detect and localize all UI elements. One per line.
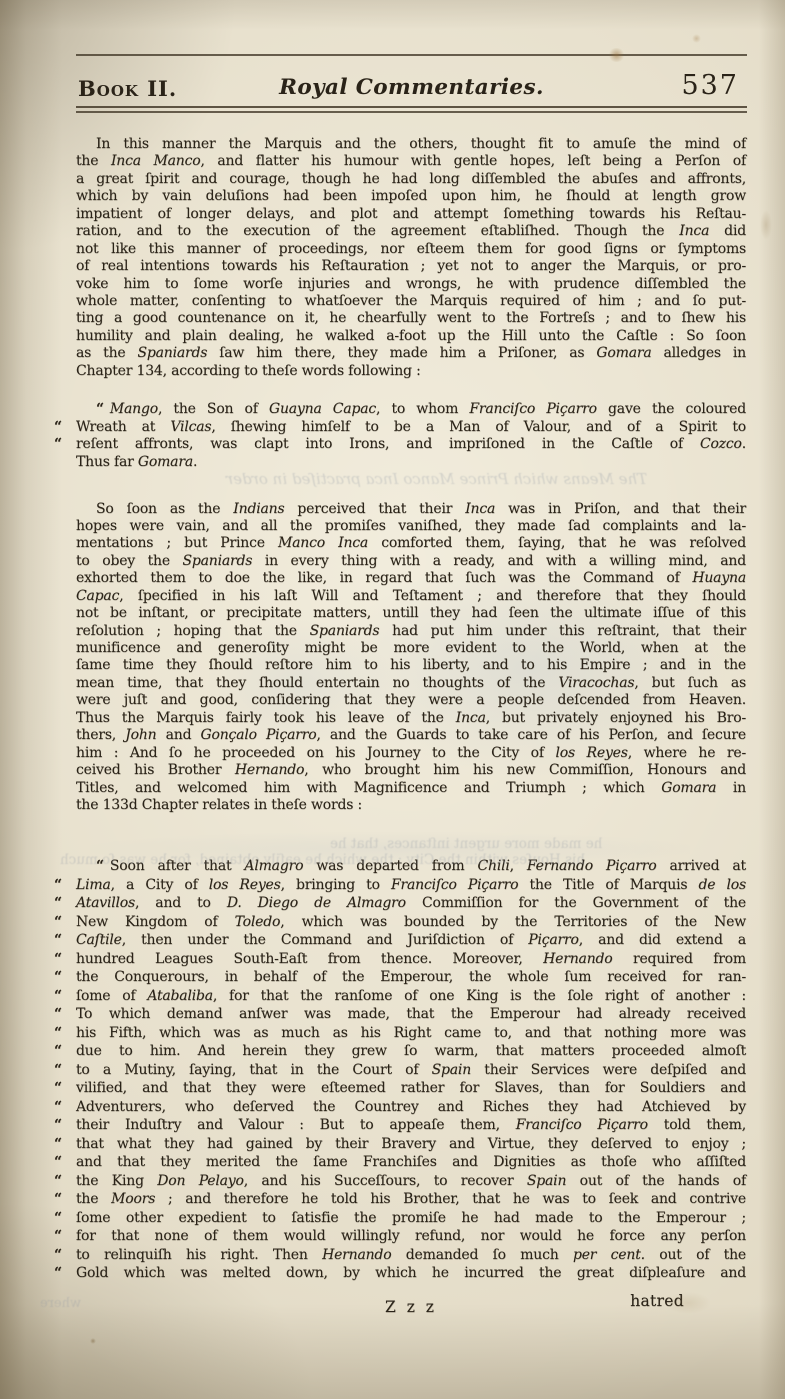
italic-text: Toledo — [235, 914, 281, 930]
fox-stain — [90, 1338, 96, 1344]
roman-text: reſent affronts, was clapt into Irons, a… — [76, 436, 700, 452]
roman-text: In this manner the Marquis and the other… — [96, 136, 746, 152]
italic-text: Atabaliba — [147, 988, 213, 1004]
italic-text: Viracochas — [558, 675, 634, 691]
quote-mark: “ — [54, 1209, 62, 1228]
text-line: ceived his Brother Hernando, who brought… — [76, 762, 746, 779]
italic-text: de los — [699, 877, 747, 893]
roman-text: the King — [76, 1173, 157, 1189]
roman-text: told them, — [648, 1117, 746, 1133]
quote-mark: “ — [54, 876, 62, 895]
roman-text: the — [76, 1191, 111, 1207]
roman-text: alledges in — [652, 345, 747, 361]
text-line: whole matter, conſenting to whatſoever t… — [76, 293, 746, 310]
header-rule-top — [76, 54, 747, 56]
roman-text: for that none of them would willingly re… — [76, 1228, 746, 1244]
roman-text: ſome of — [76, 988, 147, 1004]
italic-text: Moors — [111, 1191, 155, 1207]
roman-text: out of the hands of — [566, 1173, 746, 1189]
text-line: were juſt and good, conſidering that the… — [76, 692, 746, 709]
italic-text: Cozco — [700, 436, 742, 452]
italic-text: Gomara — [138, 454, 193, 470]
roman-text: , and the Guards to take care of his Per… — [316, 727, 746, 743]
text-line: mean time, that they ſhould entertain no… — [76, 675, 746, 692]
catchword: hatred — [630, 1292, 684, 1310]
roman-text: New Kingdom of — [76, 914, 235, 930]
roman-text: , but ſuch as — [634, 675, 746, 691]
text-line: “their Induſtry and Valour : But to appe… — [76, 1116, 746, 1135]
text-line: ration, and to the execution of the agre… — [76, 223, 746, 240]
quote-mark: “ — [54, 931, 62, 950]
italic-text: Hernando — [322, 1247, 391, 1263]
text-line: ſame time they ſhould reſtore him to his… — [76, 657, 746, 674]
text-line: ting a good countenance on it, he chearf… — [76, 310, 746, 327]
text-line: as the Spaniards ſaw him there, they mad… — [76, 345, 746, 362]
showthrough-text: his Houſes within the City : the which h… — [60, 852, 585, 868]
roman-text: , to whom — [376, 401, 469, 417]
running-title: Royal Commentaries. — [76, 75, 747, 100]
quoted-paragraph: “Mango, the Son of Guayna Capac, to whom… — [76, 401, 746, 471]
quote-mark: “ — [54, 436, 62, 454]
text-line: “reſent affronts, was clapt into Irons, … — [76, 436, 746, 454]
quote-mark: “ — [54, 913, 62, 932]
text-line: “the Moors ; and therefore he told his B… — [76, 1190, 746, 1209]
roman-text: hopes were vain, and all the promiſes va… — [76, 518, 746, 534]
text-line: exhorted them to doe the like, in regard… — [76, 570, 746, 587]
text-line: not like this manner of proceedings, nor… — [76, 241, 746, 258]
text-line: “his Fifth, which was as much as his Rig… — [76, 1024, 746, 1043]
roman-text: impatient of longer delays, and plot and… — [76, 206, 746, 222]
italic-text: Inca — [679, 223, 709, 239]
roman-text: to relinquiſh his right. Then — [76, 1247, 322, 1263]
roman-text: Chapter 134, according to theſe words fo… — [76, 363, 421, 379]
quote-mark: “ — [54, 1061, 62, 1080]
roman-text: him : And ſo he proceeded on his Journey… — [76, 745, 555, 761]
italic-text: Inca — [465, 501, 495, 517]
italic-text: Inca — [456, 710, 486, 726]
text-line: “Adventurers, who deſerved the Countrey … — [76, 1098, 746, 1117]
italic-text: Gonçalo Piçarro — [201, 727, 317, 743]
roman-text: arrived at — [656, 858, 746, 874]
roman-text: their Services were deſpiſed and — [471, 1062, 746, 1078]
roman-text: , ſpecified in his laſt Will and Teſtame… — [119, 588, 746, 604]
quote-mark: “ — [54, 1005, 62, 1024]
italic-text: Franciſco Piçarro — [391, 877, 518, 893]
roman-text: , but privately enjoyned his Bro- — [486, 710, 746, 726]
roman-text: comforted them, ſaying, that he was reſo… — [368, 535, 746, 551]
text-line: “for that none of them would willingly r… — [76, 1227, 746, 1246]
roman-text: , where he re- — [628, 745, 746, 761]
text-line: “Atavillos, and to D. Diego de Almagro C… — [76, 894, 746, 913]
roman-text: that what they had gained by their Brave… — [76, 1136, 746, 1152]
text-line: “the Conquerours, in behalf of the Emper… — [76, 968, 746, 987]
text-line: So ſoon as the Indians perceived that th… — [76, 501, 746, 518]
quote-mark: “ — [54, 1227, 62, 1246]
showthrough-text: where — [40, 1296, 81, 1311]
roman-text: thers, — [76, 727, 125, 743]
italic-text: los Reyes — [555, 745, 627, 761]
roman-text: , who brought him his new Commiſſion, Ho… — [304, 762, 746, 778]
roman-text: , a City of — [111, 877, 209, 893]
text-line: hopes were vain, and all the promiſes va… — [76, 518, 746, 535]
roman-text: Wreath at — [76, 419, 170, 435]
roman-text: of real intentions towards his Reſtaurat… — [76, 258, 746, 274]
quote-mark: “ — [54, 950, 62, 969]
header-rule-bottom-2 — [76, 111, 747, 113]
roman-text: , for that the ranſome of one King is th… — [213, 988, 746, 1004]
roman-text: ſaw him there, they made him a Priſoner,… — [207, 345, 596, 361]
roman-text: to a Mutiny, ſaying, that in the Court o… — [76, 1062, 432, 1078]
italic-text: Spaniards — [310, 623, 380, 639]
italic-text: Guayna Capac — [269, 401, 376, 417]
italic-text: D. Diego de Almagro — [227, 895, 406, 911]
text-line: “ſome of Atabaliba, for that the ranſome… — [76, 987, 746, 1006]
text-line: “to a Mutiny, ſaying, that in the Court … — [76, 1061, 746, 1080]
roman-text: were juſt and good, conſidering that the… — [76, 692, 746, 708]
text-line: “the King Don Pelayo, and his Succeſſour… — [76, 1172, 746, 1191]
roman-text: to obey the — [76, 553, 182, 569]
text-line: “ſome other expedient to ſatisfie the pr… — [76, 1209, 746, 1228]
roman-text: had put him under this reſtraint, that t… — [379, 623, 746, 639]
italic-text: Spaniards — [182, 553, 252, 569]
roman-text: , and did extend a — [579, 932, 746, 948]
roman-text: mentations ; but Prince — [76, 535, 278, 551]
text-line: munificence and generoſity might be more… — [76, 640, 746, 657]
text-line: Chapter 134, according to theſe words fo… — [76, 363, 746, 380]
text-line: which by vain deluſions had been impoſed… — [76, 188, 746, 205]
quote-mark: “ — [54, 894, 62, 913]
roman-text: perceived that their — [284, 501, 465, 517]
roman-text: and — [156, 727, 200, 743]
text-line: not be inſtant, or precipitate matters, … — [76, 605, 746, 622]
quote-mark: “ — [54, 968, 62, 987]
text-line: “Mango, the Son of Guayna Capac, to whom… — [76, 401, 746, 419]
roman-text: ration, and to the execution of the agre… — [76, 223, 679, 239]
paragraph: So ſoon as the Indians perceived that th… — [76, 501, 746, 815]
italic-text: Indians — [233, 501, 284, 517]
roman-text: which by vain deluſions had been impoſed… — [76, 188, 746, 204]
text-line: “New Kingdom of Toledo, which was bounde… — [76, 913, 746, 932]
roman-text: ſame time they ſhould reſtore him to his… — [76, 657, 746, 673]
italic-text: Franciſco Piçarro — [516, 1117, 648, 1133]
roman-text: the — [76, 153, 111, 169]
roman-text: in — [716, 780, 746, 796]
roman-text: exhorted them to doe the like, in regard… — [76, 570, 692, 586]
text-line: thers, John and Gonçalo Piçarro, and the… — [76, 727, 746, 744]
italic-text: Don Pelayo — [157, 1173, 244, 1189]
quote-mark: “ — [54, 1079, 62, 1098]
italic-text: Franciſco Piçarro — [469, 401, 596, 417]
text-line: “To which demand anſwer was made, that t… — [76, 1005, 746, 1024]
text-line: mentations ; but Prince Manco Inca comfo… — [76, 535, 746, 552]
roman-text: the 133d Chapter relates in theſe words … — [76, 797, 362, 813]
text-line: “Lima, a City of los Reyes, bringing to … — [76, 876, 746, 895]
italic-text: Spain — [432, 1062, 471, 1078]
italic-text: Huayna — [692, 570, 746, 586]
page-footer: Z z z hatred — [76, 1298, 746, 1318]
text-line: Capac, ſpecified in his laſt Will and Te… — [76, 588, 746, 605]
roman-text: whole matter, conſenting to whatſoever t… — [76, 293, 746, 309]
roman-text: Gold which was melted down, by which he … — [76, 1265, 746, 1281]
text-line: Thus far Gomara. — [76, 454, 746, 472]
text-line: of real intentions towards his Reſtaurat… — [76, 258, 746, 275]
page-header: Book II. Royal Commentaries. 537 — [76, 74, 747, 106]
italic-text: per cent. — [573, 1247, 645, 1263]
quote-mark: “ — [54, 419, 62, 437]
book-page: Book II. Royal Commentaries. 537 In this… — [0, 0, 785, 1399]
roman-text: vilified, and that they were eſteemed ra… — [76, 1080, 746, 1096]
roman-text: ſome other expedient to ſatisfie the pro… — [76, 1210, 746, 1226]
roman-text: , and flatter his humour with gentle hop… — [200, 153, 746, 169]
quote-mark: “ — [54, 1042, 62, 1061]
showthrough-text: he made more urgent inſtances, that he — [330, 836, 602, 852]
quoted-paragraph: “Soon after that Almagro was departed fr… — [76, 857, 746, 1283]
italic-text: Atavillos — [76, 895, 135, 911]
roman-text: ting a good countenance on it, he chearf… — [76, 310, 746, 326]
roman-text: ceived his Brother — [76, 762, 235, 778]
roman-text: So ſoon as the — [96, 501, 233, 517]
quote-mark: “ — [54, 987, 62, 1006]
italic-text: Piçarro — [528, 932, 579, 948]
italic-text: Vilcas — [170, 419, 211, 435]
roman-text: not like this manner of proceedings, nor… — [76, 241, 746, 257]
text-line: a great ſpirit and courage, though he ha… — [76, 171, 746, 188]
text-line: “due to him. And herein they grew ſo war… — [76, 1042, 746, 1061]
roman-text: hundred Leagues South-Eaſt from thence. … — [76, 951, 543, 967]
showthrough-text: The Means which Prince Manco Inca practi… — [226, 470, 647, 488]
text-line: voke him to ſome worſe injuries and wron… — [76, 276, 746, 293]
text-block: In this manner the Marquis and the other… — [76, 136, 746, 1283]
italic-text: Manco Inca — [278, 535, 368, 551]
text-line: “vilified, and that they were eſteemed r… — [76, 1079, 746, 1098]
roman-text: voke him to ſome worſe injuries and wron… — [76, 276, 746, 292]
text-line: “Gold which was melted down, by which he… — [76, 1264, 746, 1283]
fox-stain — [760, 210, 772, 240]
text-line: humility and plain dealing, he walked a-… — [76, 328, 746, 345]
quote-mark: “ — [54, 1190, 62, 1209]
roman-text: was in Priſon, and that their — [495, 501, 746, 517]
roman-text: Adventurers, who deſerved the Countrey a… — [76, 1099, 746, 1115]
roman-text: , bringing to — [281, 877, 391, 893]
roman-text: ; and therefore he told his Brother, tha… — [155, 1191, 746, 1207]
text-line: “and that they merited the ſame Franchiſ… — [76, 1153, 746, 1172]
roman-text: , which was bounded by the Territories o… — [280, 914, 746, 930]
italic-text: Hernando — [543, 951, 612, 967]
italic-text: Hernando — [235, 762, 304, 778]
text-line: the Inca Manco, and flatter his humour w… — [76, 153, 746, 170]
text-line: “to relinquiſh his right. Then Hernando … — [76, 1246, 746, 1265]
roman-text: , and to — [135, 895, 227, 911]
text-line: impatient of longer delays, and plot and… — [76, 206, 746, 223]
roman-text: as the — [76, 345, 137, 361]
roman-text: humility and plain dealing, he walked a-… — [76, 328, 746, 344]
italic-text: Capac — [76, 588, 119, 604]
roman-text: due to him. And herein they grew ſo warm… — [76, 1043, 746, 1059]
roman-text: , ſhewing himſelf to be a Man of Valour,… — [211, 419, 746, 435]
roman-text: required from — [613, 951, 746, 967]
quote-mark: “ — [54, 1116, 62, 1135]
roman-text: did — [709, 223, 746, 239]
quote-mark: “ — [54, 1172, 62, 1191]
italic-text: Gomara — [661, 780, 716, 796]
text-line: Titles, and welcomed him with Magnificen… — [76, 780, 746, 797]
text-line: “Wreath at Vilcas, ſhewing himſelf to be… — [76, 419, 746, 437]
roman-text: out of the — [645, 1247, 746, 1263]
roman-text: Commiſſion for the Government of the — [406, 895, 746, 911]
italic-text: Caſtile — [76, 932, 122, 948]
roman-text: the Conquerours, in behalf of the Empero… — [76, 969, 746, 985]
quote-mark: “ — [96, 401, 104, 417]
fox-stain — [692, 34, 701, 43]
italic-text: Mango — [110, 401, 158, 417]
roman-text: the Title of Marquis — [518, 877, 698, 893]
italic-text: Lima — [76, 877, 111, 893]
text-line: reſolution ; hoping that the Spaniards h… — [76, 623, 746, 640]
roman-text: , the Son of — [158, 401, 269, 417]
roman-text: Thus far — [76, 454, 138, 470]
quote-mark: “ — [54, 1153, 62, 1172]
text-line: “that what they had gained by their Brav… — [76, 1135, 746, 1154]
roman-text: Titles, and welcomed him with Magnificen… — [76, 780, 661, 796]
roman-text: , and his Succeſſours, to recover — [244, 1173, 527, 1189]
italic-text: Gomara — [596, 345, 651, 361]
text-line: “hundred Leagues South-Eaſt from thence.… — [76, 950, 746, 969]
roman-text: mean time, that they ſhould entertain no… — [76, 675, 558, 691]
roman-text: . — [193, 454, 197, 470]
quote-mark: “ — [54, 1264, 62, 1283]
text-line: In this manner the Marquis and the other… — [76, 136, 746, 153]
roman-text: in every thing with a ready, and with a … — [252, 553, 746, 569]
italic-text: Inca Manco — [111, 153, 201, 169]
text-line: Thus the Marquis fairly took his leave o… — [76, 710, 746, 727]
roman-text: munificence and generoſity might be more… — [76, 640, 746, 656]
roman-text: not be inſtant, or precipitate matters, … — [76, 605, 746, 621]
quote-mark: “ — [54, 1098, 62, 1117]
roman-text: To which demand anſwer was made, that th… — [76, 1006, 746, 1022]
roman-text: gave the coloured — [597, 401, 746, 417]
roman-text: Thus the Marquis fairly took his leave o… — [76, 710, 456, 726]
italic-text: Spain — [527, 1173, 566, 1189]
quote-mark: “ — [54, 1024, 62, 1043]
text-line: him : And ſo he proceeded on his Journey… — [76, 745, 746, 762]
text-line: the 133d Chapter relates in theſe words … — [76, 797, 746, 814]
roman-text: and that they merited the ſame Franchiſe… — [76, 1154, 746, 1170]
text-line: to obey the Spaniards in every thing wit… — [76, 553, 746, 570]
page-number: 537 — [681, 70, 739, 101]
text-line: “Caſtile, then under the Command and Jur… — [76, 931, 746, 950]
quote-mark: “ — [54, 1246, 62, 1265]
quote-mark: “ — [54, 1135, 62, 1154]
italic-text: los Reyes — [209, 877, 281, 893]
italic-text: John — [125, 727, 156, 743]
roman-text: their Induſtry and Valour : But to appea… — [76, 1117, 516, 1133]
paragraph: In this manner the Marquis and the other… — [76, 136, 746, 380]
italic-text: Spaniards — [137, 345, 207, 361]
header-rule-bottom-1 — [76, 106, 747, 108]
roman-text: his Fifth, which was as much as his Righ… — [76, 1025, 746, 1041]
roman-text: , then under the Command and Juriſdictio… — [122, 932, 529, 948]
roman-text: a great ſpirit and courage, though he ha… — [76, 171, 746, 187]
roman-text: reſolution ; hoping that the — [76, 623, 310, 639]
roman-text: demanded ſo much — [391, 1247, 573, 1263]
roman-text: . — [742, 436, 746, 452]
